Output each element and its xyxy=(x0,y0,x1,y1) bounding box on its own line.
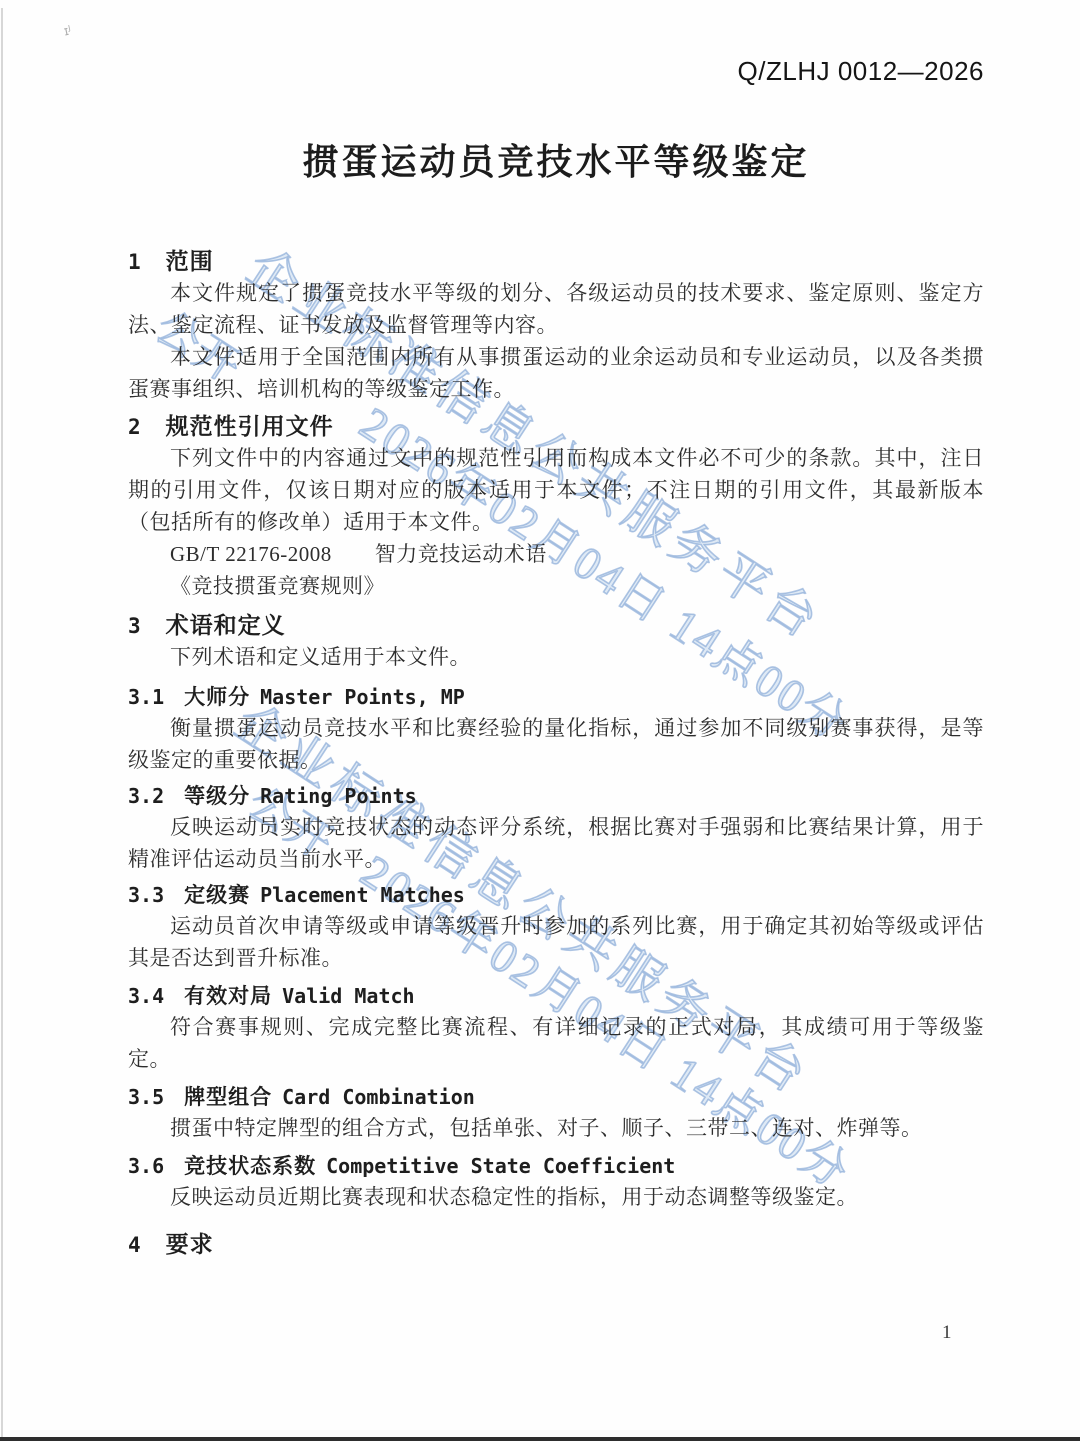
section-number: 2 xyxy=(128,412,142,442)
document-content: Q/ZLHJ 0012—2026 掼蛋运动员竞技水平等级鉴定 1范围 本文件规定… xyxy=(0,56,1080,1260)
section-title: 术语和定义 xyxy=(166,612,286,638)
term-name-zh: 有效对局 xyxy=(184,983,272,1011)
section-number: 1 xyxy=(128,247,142,277)
section-heading-normative-references: 2规范性引用文件 xyxy=(128,411,984,442)
term-name-zh: 等级分 xyxy=(184,783,250,811)
term-name-zh: 大师分 xyxy=(184,684,250,712)
page-number: 1 xyxy=(942,1322,952,1344)
term-number: 3.1 xyxy=(128,683,164,711)
term-definition: 反映运动员实时竞技状态的动态评分系统，根据比赛对手强弱和比赛结果计算，用于精准评… xyxy=(128,811,984,875)
paragraph: 本文件规定了掼蛋竞技水平等级的划分、各级运动员的技术要求、鉴定原则、鉴定方法、鉴… xyxy=(128,277,984,341)
section-heading-terms: 3术语和定义 xyxy=(128,610,984,641)
term-name-zh: 定级赛 xyxy=(184,882,250,910)
section-title: 要求 xyxy=(166,1231,214,1257)
term-name-en: Competitive State Coefficient xyxy=(326,1152,675,1180)
section-title: 范围 xyxy=(166,248,214,274)
document-page: ɪᴶ 企业标准信息公共服务平台 公开 2026年02月04日 14点00分 企业… xyxy=(0,0,1080,1441)
term-name-en: Master Points, MP xyxy=(260,683,465,711)
section-title: 规范性引用文件 xyxy=(166,413,334,439)
doc-number: Q/ZLHJ 0012—2026 xyxy=(128,56,984,86)
section-number: 4 xyxy=(128,1230,142,1260)
term-name-en: Card Combination xyxy=(282,1083,475,1111)
term-name-en: Valid Match xyxy=(282,982,414,1010)
term-name-zh: 牌型组合 xyxy=(184,1084,272,1112)
section-heading-scope: 1范围 xyxy=(128,246,984,277)
term-name-en: Placement Matches xyxy=(260,881,465,909)
term-heading: 3.5 牌型组合 Card Combination xyxy=(128,1083,984,1112)
term-heading: 3.6 竞技状态系数 Competitive State Coefficient xyxy=(128,1152,984,1181)
term-definition: 衡量掼蛋运动员竞技水平和比赛经验的量化指标，通过参加不同级别赛事获得，是等级鉴定… xyxy=(128,712,984,776)
term-heading: 3.4 有效对局 Valid Match xyxy=(128,982,984,1011)
paragraph: 本文件适用于全国范围内所有从事掼蛋运动的业余运动员和专业运动员，以及各类掼蛋赛事… xyxy=(128,341,984,405)
document-title: 掼蛋运动员竞技水平等级鉴定 xyxy=(128,140,984,184)
term-number: 3.2 xyxy=(128,782,164,810)
section-heading-requirements: 4要求 xyxy=(128,1229,984,1260)
paragraph: 下列文件中的内容通过文中的规范性引用而构成本文件必不可少的条款。其中，注日期的引… xyxy=(128,442,984,538)
term-name-zh: 竞技状态系数 xyxy=(184,1153,316,1181)
reference-item: GB/T 22176-2008 智力竞技运动术语 xyxy=(128,538,984,570)
section-number: 3 xyxy=(128,611,142,641)
term-definition: 符合赛事规则、完成完整比赛流程、有详细记录的正式对局，其成绩可用于等级鉴定。 xyxy=(128,1011,984,1075)
page-edge-bottom xyxy=(0,1437,1080,1441)
term-number: 3.4 xyxy=(128,982,164,1010)
term-number: 3.5 xyxy=(128,1083,164,1111)
term-heading: 3.3 定级赛 Placement Matches xyxy=(128,881,984,910)
term-name-en: Rating Points xyxy=(260,782,417,810)
term-definition: 运动员首次申请等级或申请等级晋升时参加的系列比赛，用于确定其初始等级或评估其是否… xyxy=(128,910,984,974)
term-heading: 3.1 大师分 Master Points, MP xyxy=(128,683,984,712)
term-heading: 3.2 等级分 Rating Points xyxy=(128,782,984,811)
reference-item: 《竞技掼蛋竞赛规则》 xyxy=(128,570,984,602)
term-definition: 反映运动员近期比赛表现和状态稳定性的指标，用于动态调整等级鉴定。 xyxy=(128,1181,984,1213)
term-definition: 掼蛋中特定牌型的组合方式，包括单张、对子、顺子、三带二、连对、炸弹等。 xyxy=(128,1112,984,1144)
scan-artifact: ɪᴶ xyxy=(63,23,73,39)
terms-intro: 下列术语和定义适用于本文件。 xyxy=(128,641,984,673)
term-number: 3.3 xyxy=(128,881,164,909)
term-number: 3.6 xyxy=(128,1152,164,1180)
